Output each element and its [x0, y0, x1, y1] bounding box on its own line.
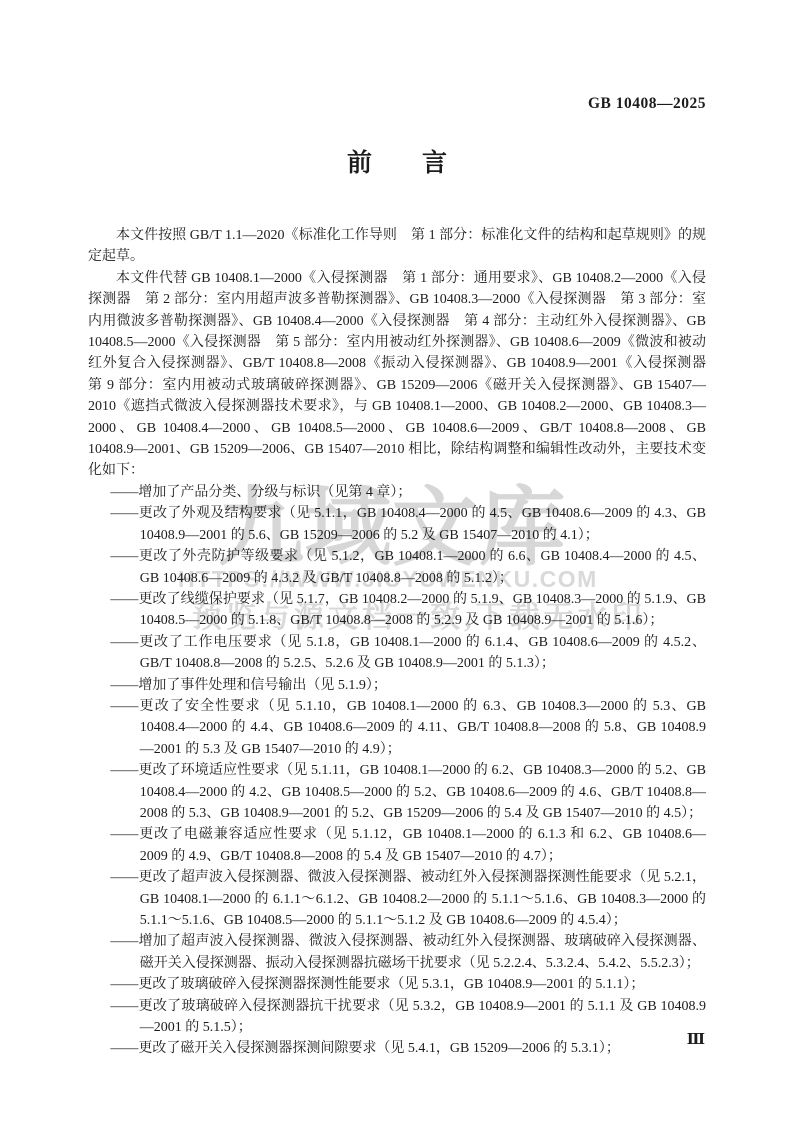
change-list-item: ——更改了磁开关入侵探测器探测间隙要求（见 5.4.1，GB 15209—200… — [88, 1038, 706, 1059]
document-page: 九域文库 HTTPS://WWW.JIUYUWENKU.COM 预览与源文档一致… — [0, 0, 793, 1122]
page-number: Ⅲ — [687, 1030, 705, 1049]
foreword-content: 前 言 本文件按照 GB/T 1.1—2020《标准化工作导则 第 1 部分：标… — [88, 150, 706, 1060]
change-list-item: ——更改了玻璃破碎入侵探测器探测性能要求（见 5.3.1，GB 10408.9—… — [88, 974, 706, 995]
change-list-item: ——增加了事件处理和信号输出（见 5.1.9）； — [88, 675, 706, 696]
change-list-item: ——增加了超声波入侵探测器、微波入侵探测器、被动红外入侵探测器、玻璃破碎入侵探测… — [88, 931, 706, 974]
change-list-item: ——更改了工作电压要求（见 5.1.8，GB 10408.1—2000 的 6.… — [88, 632, 706, 675]
foreword-body: 本文件按照 GB/T 1.1—2020《标准化工作导则 第 1 部分：标准化文件… — [88, 225, 706, 1060]
change-list-item: ——更改了环境适应性要求（见 5.1.11，GB 10408.1—2000 的 … — [88, 760, 706, 824]
change-list-item: ——更改了外壳防护等级要求（见 5.1.2，GB 10408.1—2000 的 … — [88, 546, 706, 589]
change-list-item: ——更改了超声波入侵探测器、微波入侵探测器、被动红外入侵探测器探测性能要求（见 … — [88, 867, 706, 931]
standard-number: GB 10408—2025 — [588, 95, 706, 113]
change-list-item: ——更改了外观及结构要求（见 5.1.1，GB 10408.4—2000 的 4… — [88, 503, 706, 546]
change-list-item: ——更改了安全性要求（见 5.1.10，GB 10408.1—2000 的 6.… — [88, 696, 706, 760]
foreword-paragraph: 本文件按照 GB/T 1.1—2020《标准化工作导则 第 1 部分：标准化文件… — [88, 225, 706, 268]
change-list-item: ——更改了线缆保护要求（见 5.1.7，GB 10408.2—2000 的 5.… — [88, 589, 706, 632]
change-list-item: ——更改了玻璃破碎入侵探测器抗干扰要求（见 5.3.2，GB 10408.9—2… — [88, 996, 706, 1039]
change-list-item: ——更改了电磁兼容适应性要求（见 5.1.12，GB 10408.1—2000 … — [88, 824, 706, 867]
change-list-item: ——增加了产品分类、分级与标识（见第 4 章）； — [88, 482, 706, 503]
page-title: 前 言 — [88, 150, 706, 178]
foreword-paragraph: 本文件代替 GB 10408.1—2000《入侵探测器 第 1 部分：通用要求》… — [88, 268, 706, 482]
